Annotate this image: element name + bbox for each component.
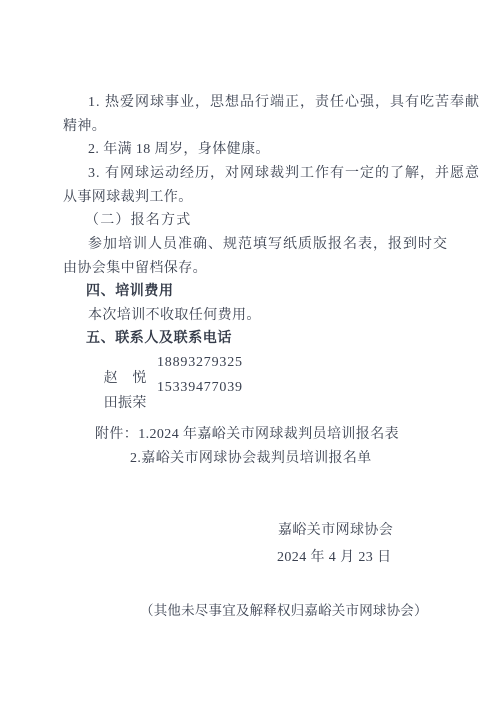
requirement-item-3-line-1: 3. 有网球运动经历，对网球裁判工作有一定的了解，并愿意 [88,166,447,182]
contact-phone: 18893279325 [157,355,243,371]
registration-subheading: （二）报名方式 [85,213,191,229]
attachments-line-2: 2.嘉峪关市网球协会裁判员培训报名单 [130,451,372,467]
requirement-item-1-line-1: 1. 热爱网球事业，思想品行端正，责任心强，具有吃苦奉献 [88,95,447,111]
signature-organization: 嘉峪关市网球协会 [278,523,393,539]
requirement-item-1-line-2: 精神。 [63,119,106,135]
signature-date: 2024 年 4 月 23 日 [277,550,392,566]
document-page: 1. 热爱网球事业，思想品行端正，责任心强，具有吃苦奉献 精神。 2. 年满 1… [0,0,500,706]
contact-phone: 15339477039 [157,380,243,396]
fee-section-body: 本次培训不收取任何费用。 [88,308,261,324]
requirement-item-2: 2. 年满 18 周岁，身体健康。 [88,142,270,158]
footer-note: （其他未尽事宜及解释权归嘉峪关市网球协会） [140,603,428,619]
contact-name: 田振荣 [104,396,147,411]
fee-section-heading: 四、培训费用 [86,284,174,300]
registration-line-1: 参加培训人员准确、规范填写纸质版报名表，报到时交 [88,237,447,253]
contacts-section-heading: 五、联系人及联系电话 [86,331,232,347]
attachments-line-1: 附件：1.2024 年嘉峪关市网球裁判员培训报名表 [95,427,399,443]
registration-line-2: 由协会集中留档保存。 [63,261,207,277]
requirement-item-3-line-2: 从事网球裁判工作。 [63,190,193,206]
